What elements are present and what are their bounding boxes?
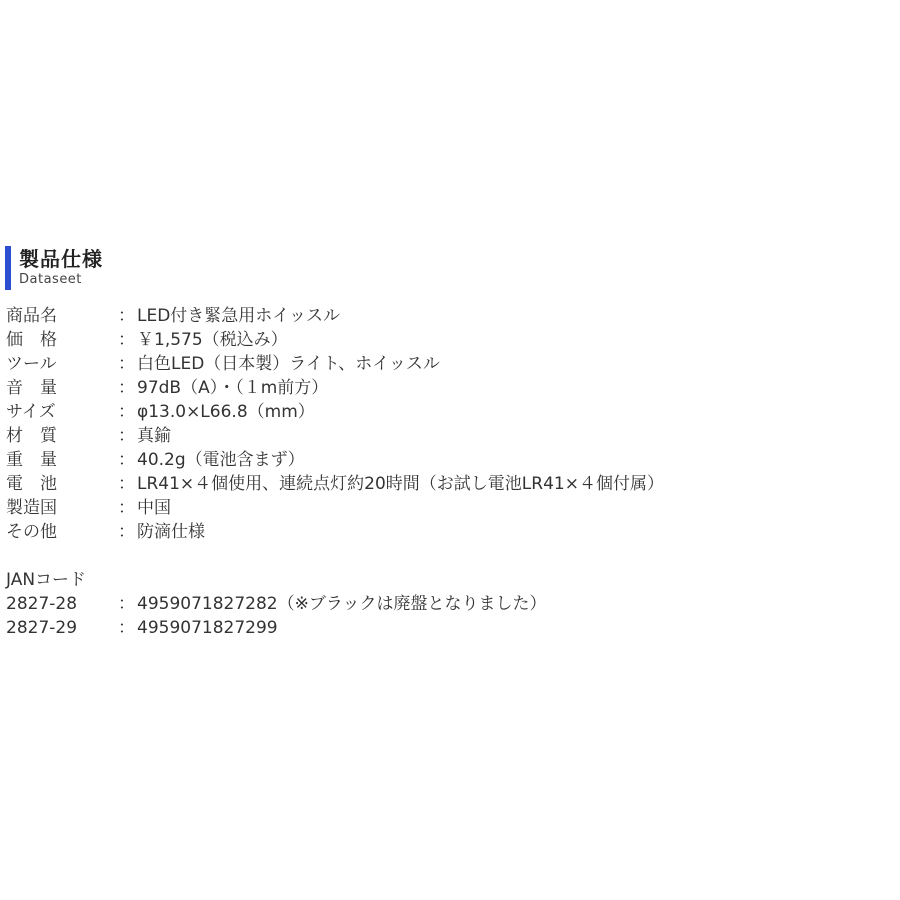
jan-row-2827-29: 2827-29 ： 4959071827299 <box>6 616 886 640</box>
spec-value: ￥1,575（税込み） <box>137 328 886 352</box>
spec-label: その他 <box>6 520 118 544</box>
spec-row-volume: 音 量 ： 97dB（A）・（１m前方） <box>6 376 886 400</box>
spec-row-size: サイズ ： φ13.0×L66.8（mm） <box>6 400 886 424</box>
spec-value: 防滴仕様 <box>137 520 886 544</box>
spec-row-weight: 重 量 ： 40.2g（電池含まず） <box>6 448 886 472</box>
spec-value: 白色LED（日本製）ライト、ホイッスル <box>137 352 886 376</box>
spec-colon: ： <box>118 472 137 496</box>
jan-code-title: JANコード <box>6 568 886 592</box>
spec-colon: ： <box>118 400 137 424</box>
spec-value: φ13.0×L66.8（mm） <box>137 400 886 424</box>
heading-title: 製品仕様 <box>19 246 103 272</box>
spec-colon: ： <box>118 496 137 520</box>
heading-text: 製品仕様 Dataseet <box>19 246 103 290</box>
spec-label: ツール <box>6 352 118 376</box>
spec-label: 電 池 <box>6 472 118 496</box>
spec-value: 40.2g（電池含まず） <box>137 448 886 472</box>
spec-row-material: 材 質 ： 真鍮 <box>6 424 886 448</box>
spec-label: 製造国 <box>6 496 118 520</box>
spec-list: 商品名 ： LED付き緊急用ホイッスル 価 格 ： ￥1,575（税込み） ツー… <box>6 304 886 640</box>
jan-label: 2827-28 <box>6 592 118 616</box>
spec-colon: ： <box>118 520 137 544</box>
heading-subtitle: Dataseet <box>19 272 103 288</box>
section-heading: 製品仕様 Dataseet <box>5 246 103 290</box>
spec-label: サイズ <box>6 400 118 424</box>
spec-row-battery: 電 池 ： LR41×４個使用、連続点灯約20時間（お試し電池LR41×４個付属… <box>6 472 886 496</box>
spec-value: 真鍮 <box>137 424 886 448</box>
spec-colon: ： <box>118 304 137 328</box>
jan-colon: ： <box>118 592 137 616</box>
spec-colon: ： <box>118 352 137 376</box>
spec-row-price: 価 格 ： ￥1,575（税込み） <box>6 328 886 352</box>
spec-row-product-name: 商品名 ： LED付き緊急用ホイッスル <box>6 304 886 328</box>
spec-colon: ： <box>118 328 137 352</box>
heading-accent-bar <box>5 246 11 290</box>
spec-colon: ： <box>118 424 137 448</box>
jan-label: 2827-29 <box>6 616 118 640</box>
spec-colon: ： <box>118 448 137 472</box>
spacer <box>6 544 886 568</box>
spec-row-country: 製造国 ： 中国 <box>6 496 886 520</box>
spec-label: 価 格 <box>6 328 118 352</box>
spec-value: LR41×４個使用、連続点灯約20時間（お試し電池LR41×４個付属） <box>137 472 886 496</box>
spec-colon: ： <box>118 376 137 400</box>
spec-label: 重 量 <box>6 448 118 472</box>
spec-label: 商品名 <box>6 304 118 328</box>
spec-value: 97dB（A）・（１m前方） <box>137 376 886 400</box>
jan-row-2827-28: 2827-28 ： 4959071827282（※ブラックは廃盤となりました） <box>6 592 886 616</box>
spec-label: 材 質 <box>6 424 118 448</box>
jan-value: 4959071827299 <box>137 616 886 640</box>
spec-row-tool: ツール ： 白色LED（日本製）ライト、ホイッスル <box>6 352 886 376</box>
jan-value: 4959071827282（※ブラックは廃盤となりました） <box>137 592 886 616</box>
spec-row-other: その他 ： 防滴仕様 <box>6 520 886 544</box>
jan-colon: ： <box>118 616 137 640</box>
spec-value: 中国 <box>137 496 886 520</box>
spec-value: LED付き緊急用ホイッスル <box>137 304 886 328</box>
spec-label: 音 量 <box>6 376 118 400</box>
